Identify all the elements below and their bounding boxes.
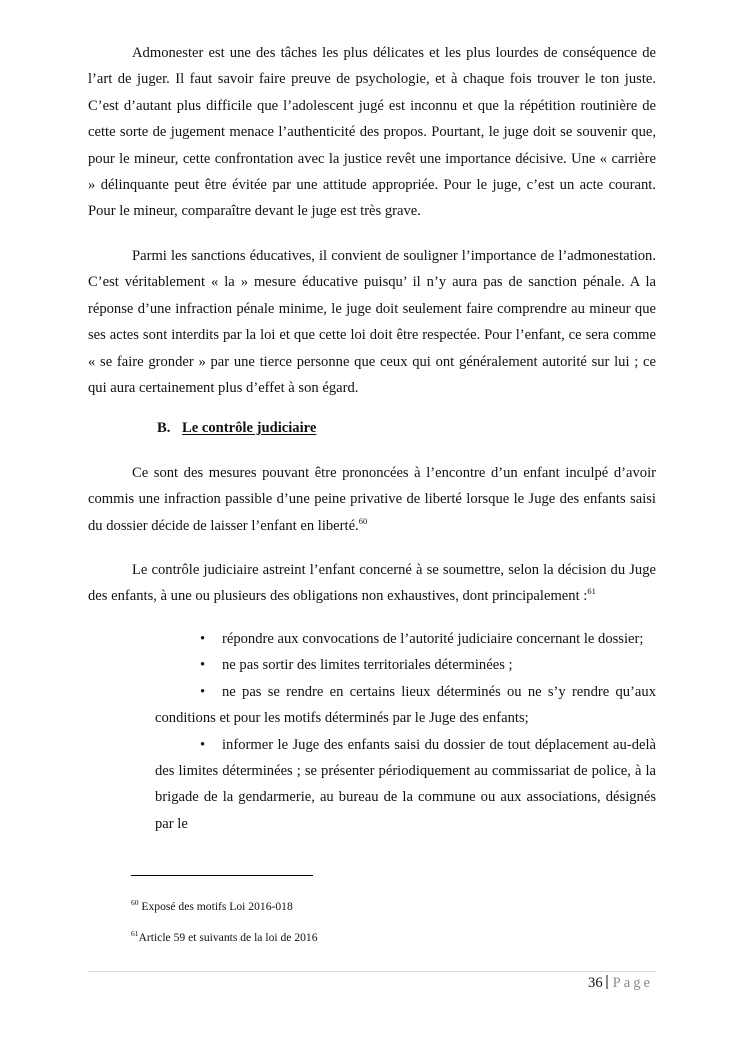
footer-divider: [88, 971, 656, 972]
list-item-text: répondre aux convocations de l’autorité …: [222, 631, 643, 647]
footnote-number: 61: [131, 929, 139, 938]
page-number: 36: [588, 975, 603, 991]
paragraph-mesures: Ce sont des mesures pouvant être prononc…: [88, 460, 656, 539]
bullet-icon: •: [200, 679, 222, 705]
footnote-separator: [131, 875, 313, 876]
list-item: •ne pas se rendre en certains lieux déte…: [155, 679, 656, 732]
footnote-61: 61Article 59 et suivants de la loi de 20…: [131, 931, 318, 944]
page-label: Page: [613, 975, 653, 991]
page-footer: 36Page: [588, 975, 653, 992]
paragraph-mesures-text: Ce sont des mesures pouvant être prononc…: [88, 465, 656, 534]
list-item-text: informer le Juge des enfants saisi du do…: [155, 737, 656, 832]
list-item: •informer le Juge des enfants saisi du d…: [155, 732, 656, 838]
footnote-text: Article 59 et suivants de la loi de 2016: [139, 931, 318, 944]
footnote-ref-60[interactable]: 60: [359, 516, 368, 526]
list-item: •ne pas sortir des limites territoriales…: [155, 652, 656, 678]
bullet-icon: •: [200, 626, 222, 652]
bullet-icon: •: [200, 732, 222, 758]
footnote-text: Exposé des motifs Loi 2016-018: [139, 900, 293, 913]
bullet-icon: •: [200, 652, 222, 678]
footnote-60: 60 Exposé des motifs Loi 2016-018: [131, 900, 293, 913]
section-title: Le contrôle judiciaire: [182, 420, 316, 436]
list-item-text: ne pas se rendre en certains lieux déter…: [155, 684, 656, 726]
list-item: •répondre aux convocations de l’autorité…: [155, 626, 656, 652]
footnote-number: 60: [131, 898, 139, 907]
section-letter: B.: [157, 420, 170, 436]
footnote-ref-61[interactable]: 61: [587, 586, 596, 596]
paragraph-controle-text: Le contrôle judiciaire astreint l’enfant…: [88, 562, 656, 604]
section-heading: B. Le contrôle judiciaire: [157, 420, 316, 437]
paragraph-controle-judiciaire: Le contrôle judiciaire astreint l’enfant…: [88, 557, 656, 610]
paragraph-admonester: Admonester est une des tâches les plus d…: [88, 40, 656, 225]
footer-separator-bar: [606, 975, 608, 989]
paragraph-sanctions-educatives: Parmi les sanctions éducatives, il convi…: [88, 243, 656, 401]
obligations-list: •répondre aux convocations de l’autorité…: [155, 626, 656, 837]
list-item-text: ne pas sortir des limites territoriales …: [222, 657, 513, 673]
document-page: Admonester est une des tâches les plus d…: [0, 0, 745, 1053]
